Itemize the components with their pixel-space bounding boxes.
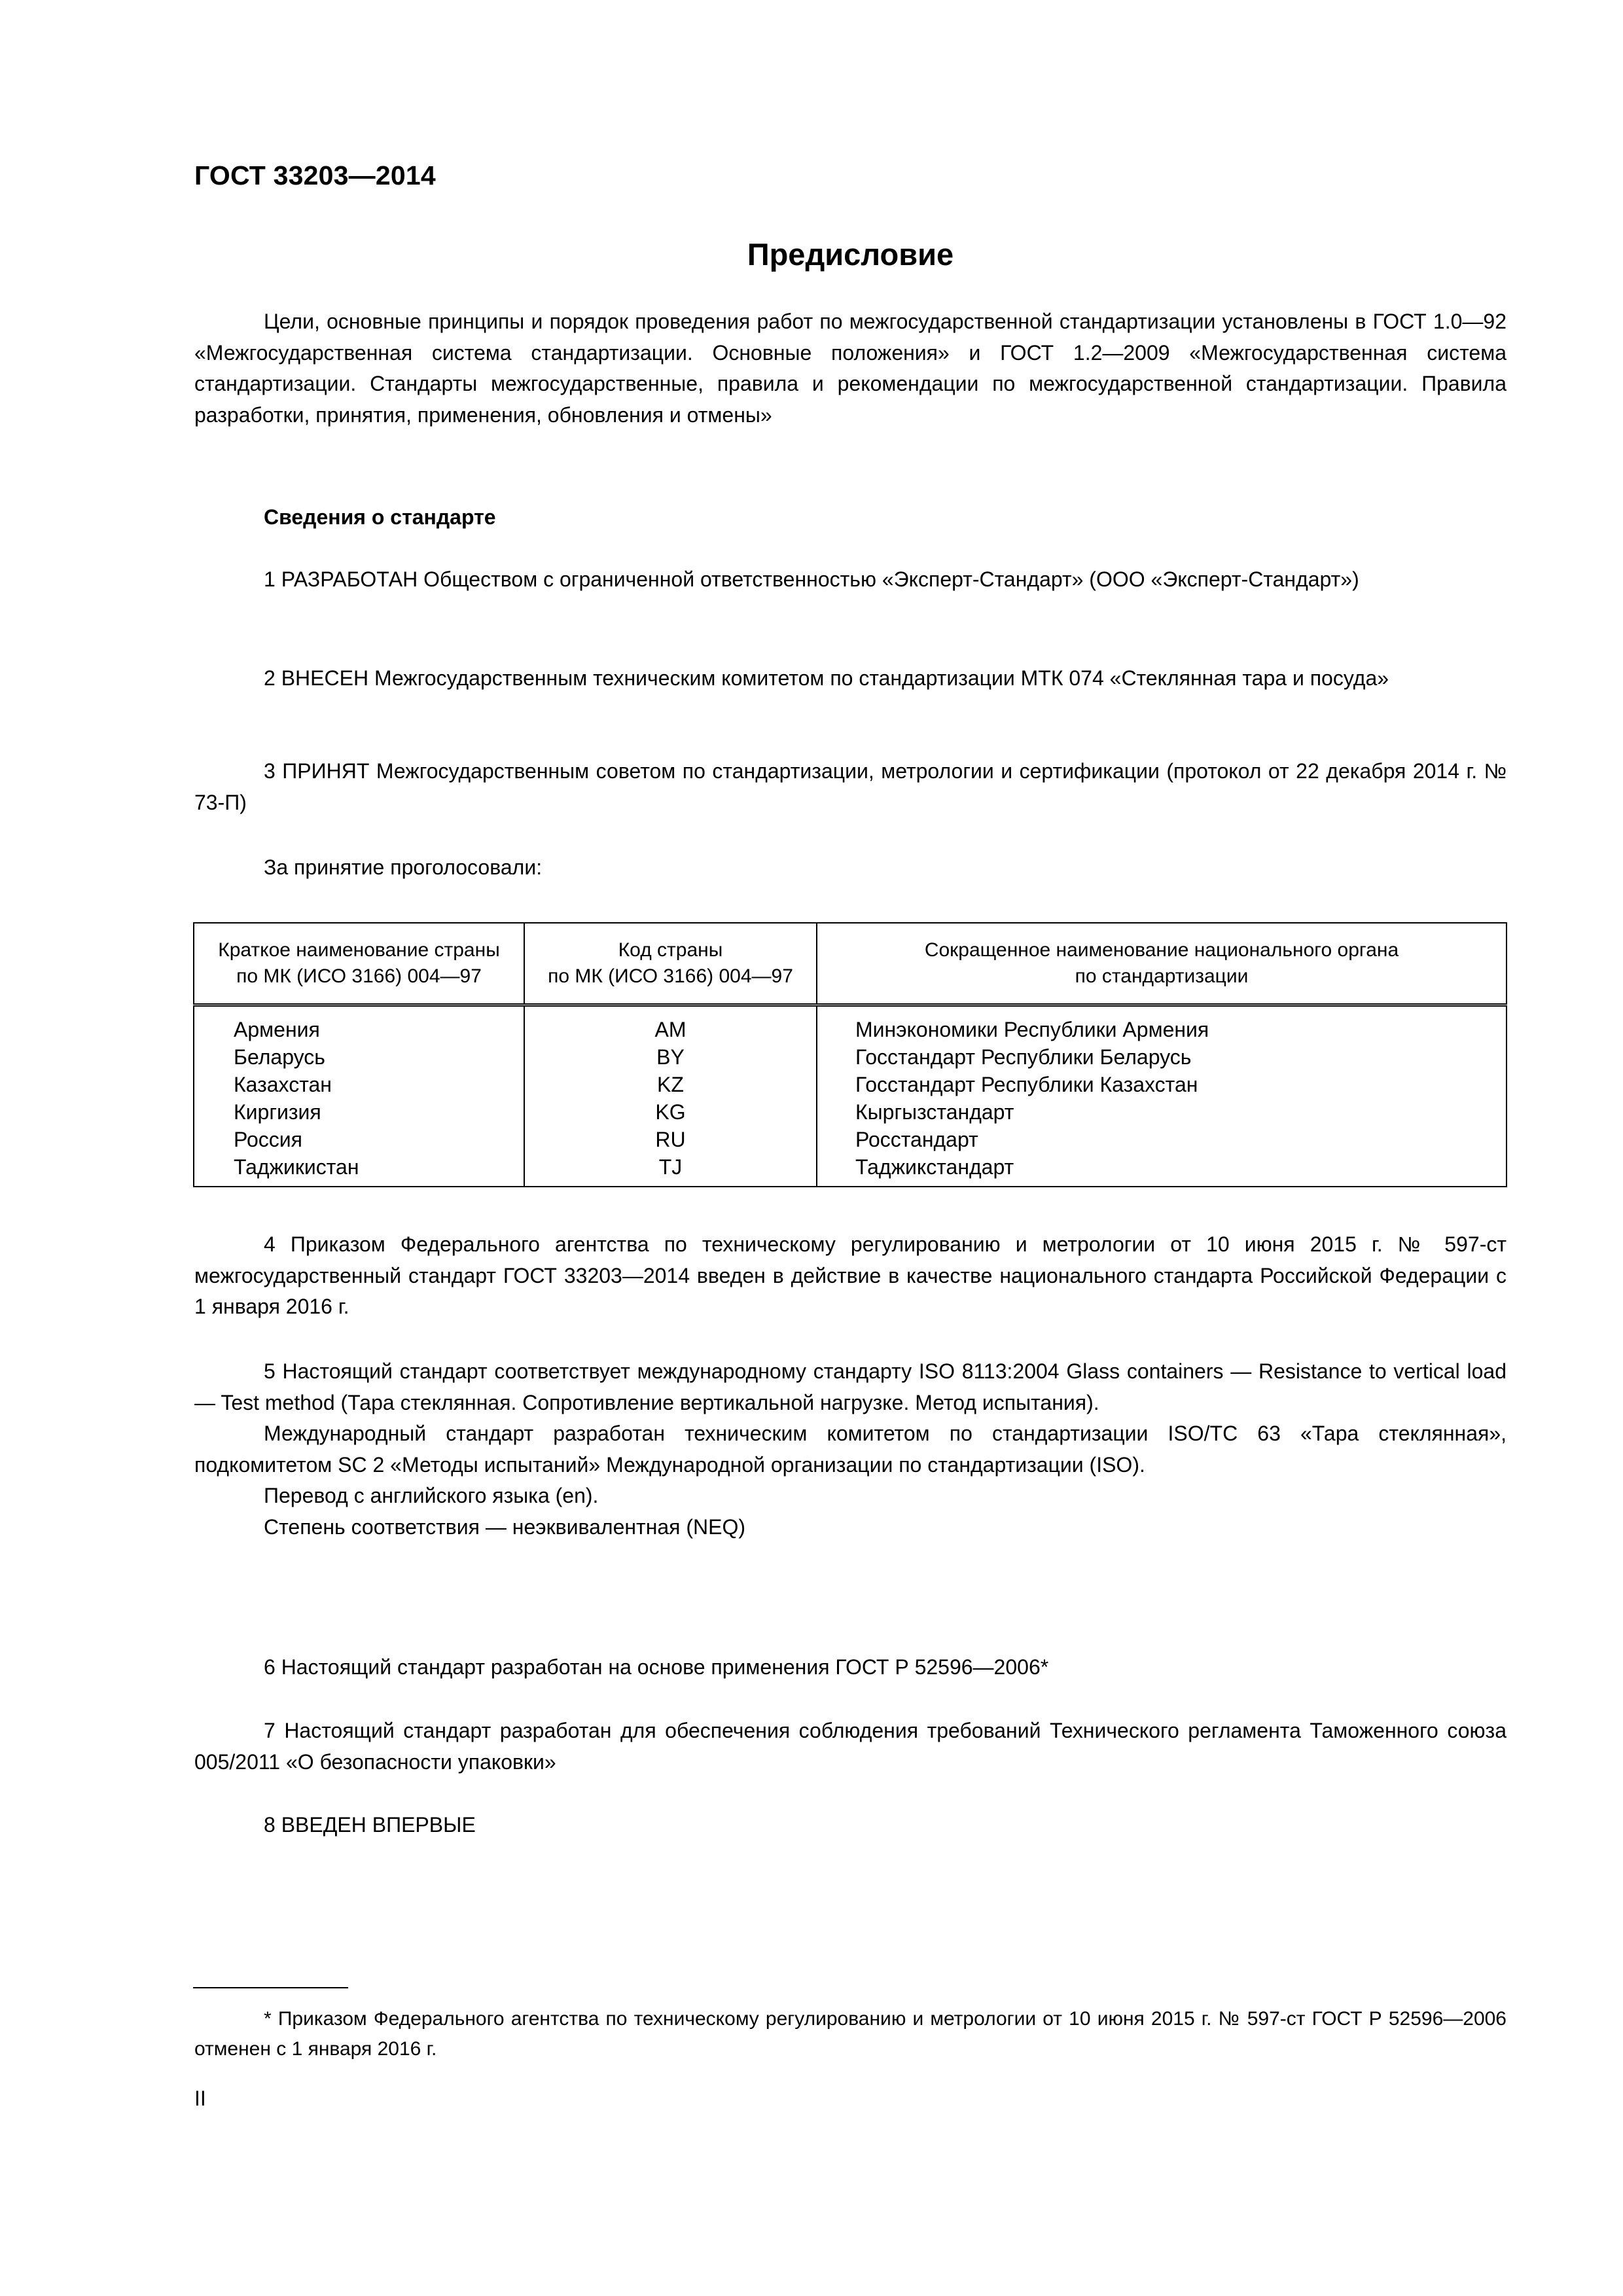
item-8-first-introduced: 8 ВВЕДЕН ВПЕРВЫЕ (194, 1810, 1507, 1841)
document-code-header: ГОСТ 33203—2014 (194, 159, 436, 192)
country-code-column: AM BY KZ KG RU TJ (524, 1005, 817, 1187)
intro-paragraph: Цели, основные принципы и порядок провед… (194, 306, 1507, 431)
item-5-equivalence: Степень соответствия — неэквивалентная (… (194, 1512, 1507, 1543)
country-name-column: Армения Беларусь Казахстан Киргизия Росс… (194, 1005, 524, 1187)
item-7-regulation: 7 Настоящий стандарт разработан для обес… (194, 1715, 1507, 1778)
country-name: Армения (234, 1016, 523, 1043)
item-5-translation: Перевод с английского языка (en). (194, 1480, 1507, 1512)
standards-body-column: Минэкономики Республики Армения Госстанд… (817, 1005, 1507, 1187)
standards-body: Таджикстандарт (855, 1153, 1505, 1181)
item-4-enacted: 4 Приказом Федерального агентства по тех… (194, 1229, 1507, 1323)
country-code: KG (526, 1098, 815, 1126)
country-code: KZ (526, 1071, 815, 1098)
page-title: Предисловие (194, 236, 1507, 273)
page-number: II (194, 2085, 206, 2111)
country-name: Киргизия (234, 1098, 523, 1126)
country-name: Беларусь (234, 1043, 523, 1071)
header-standards-body: Сокращенное наименование национального о… (817, 923, 1507, 1005)
standards-body: Минэкономики Республики Армения (855, 1016, 1505, 1043)
footnote-divider (193, 1987, 348, 1988)
footnote: * Приказом Федерального агентства по тех… (194, 2004, 1507, 2064)
voting-countries-table: Краткое наименование страны по МК (ИСО 3… (193, 922, 1507, 1187)
table-row: Армения Беларусь Казахстан Киргизия Росс… (194, 1005, 1507, 1187)
item-6-basis: 6 Настоящий стандарт разработан на основ… (194, 1652, 1507, 1683)
country-name: Таджикистан (234, 1153, 523, 1181)
item-5-iso-committee: Международный стандарт разработан технич… (194, 1418, 1507, 1480)
table-header-row: Краткое наименование страны по МК (ИСО 3… (194, 923, 1507, 1005)
country-code: TJ (526, 1153, 815, 1181)
country-name: Россия (234, 1126, 523, 1153)
country-code: RU (526, 1126, 815, 1153)
item-1-developed: 1 РАЗРАБОТАН Обществом с ограниченной от… (194, 564, 1507, 596)
item-2-introduced: 2 ВНЕСЕН Межгосударственным техническим … (194, 663, 1507, 694)
item-3-adopted: 3 ПРИНЯТ Межгосударственным советом по с… (194, 756, 1507, 818)
header-country-code: Код страны по МК (ИСО 3166) 004—97 (524, 923, 817, 1005)
standards-body: Госстандарт Республики Казахстан (855, 1071, 1505, 1098)
country-name: Казахстан (234, 1071, 523, 1098)
item-5-correspondence: 5 Настоящий стандарт соответствует между… (194, 1356, 1507, 1418)
standards-body: Госстандарт Республики Беларусь (855, 1043, 1505, 1071)
standards-body: Росстандарт (855, 1126, 1505, 1153)
voted-label: За принятие проголосовали: (194, 852, 1507, 884)
country-code: BY (526, 1043, 815, 1071)
country-code: AM (526, 1016, 815, 1043)
header-country-name: Краткое наименование страны по МК (ИСО 3… (194, 923, 524, 1005)
section-heading: Сведения о стандарте (194, 502, 1507, 533)
standards-body: Кыргызстандарт (855, 1098, 1505, 1126)
item-5-block: 5 Настоящий стандарт соответствует между… (194, 1356, 1507, 1543)
